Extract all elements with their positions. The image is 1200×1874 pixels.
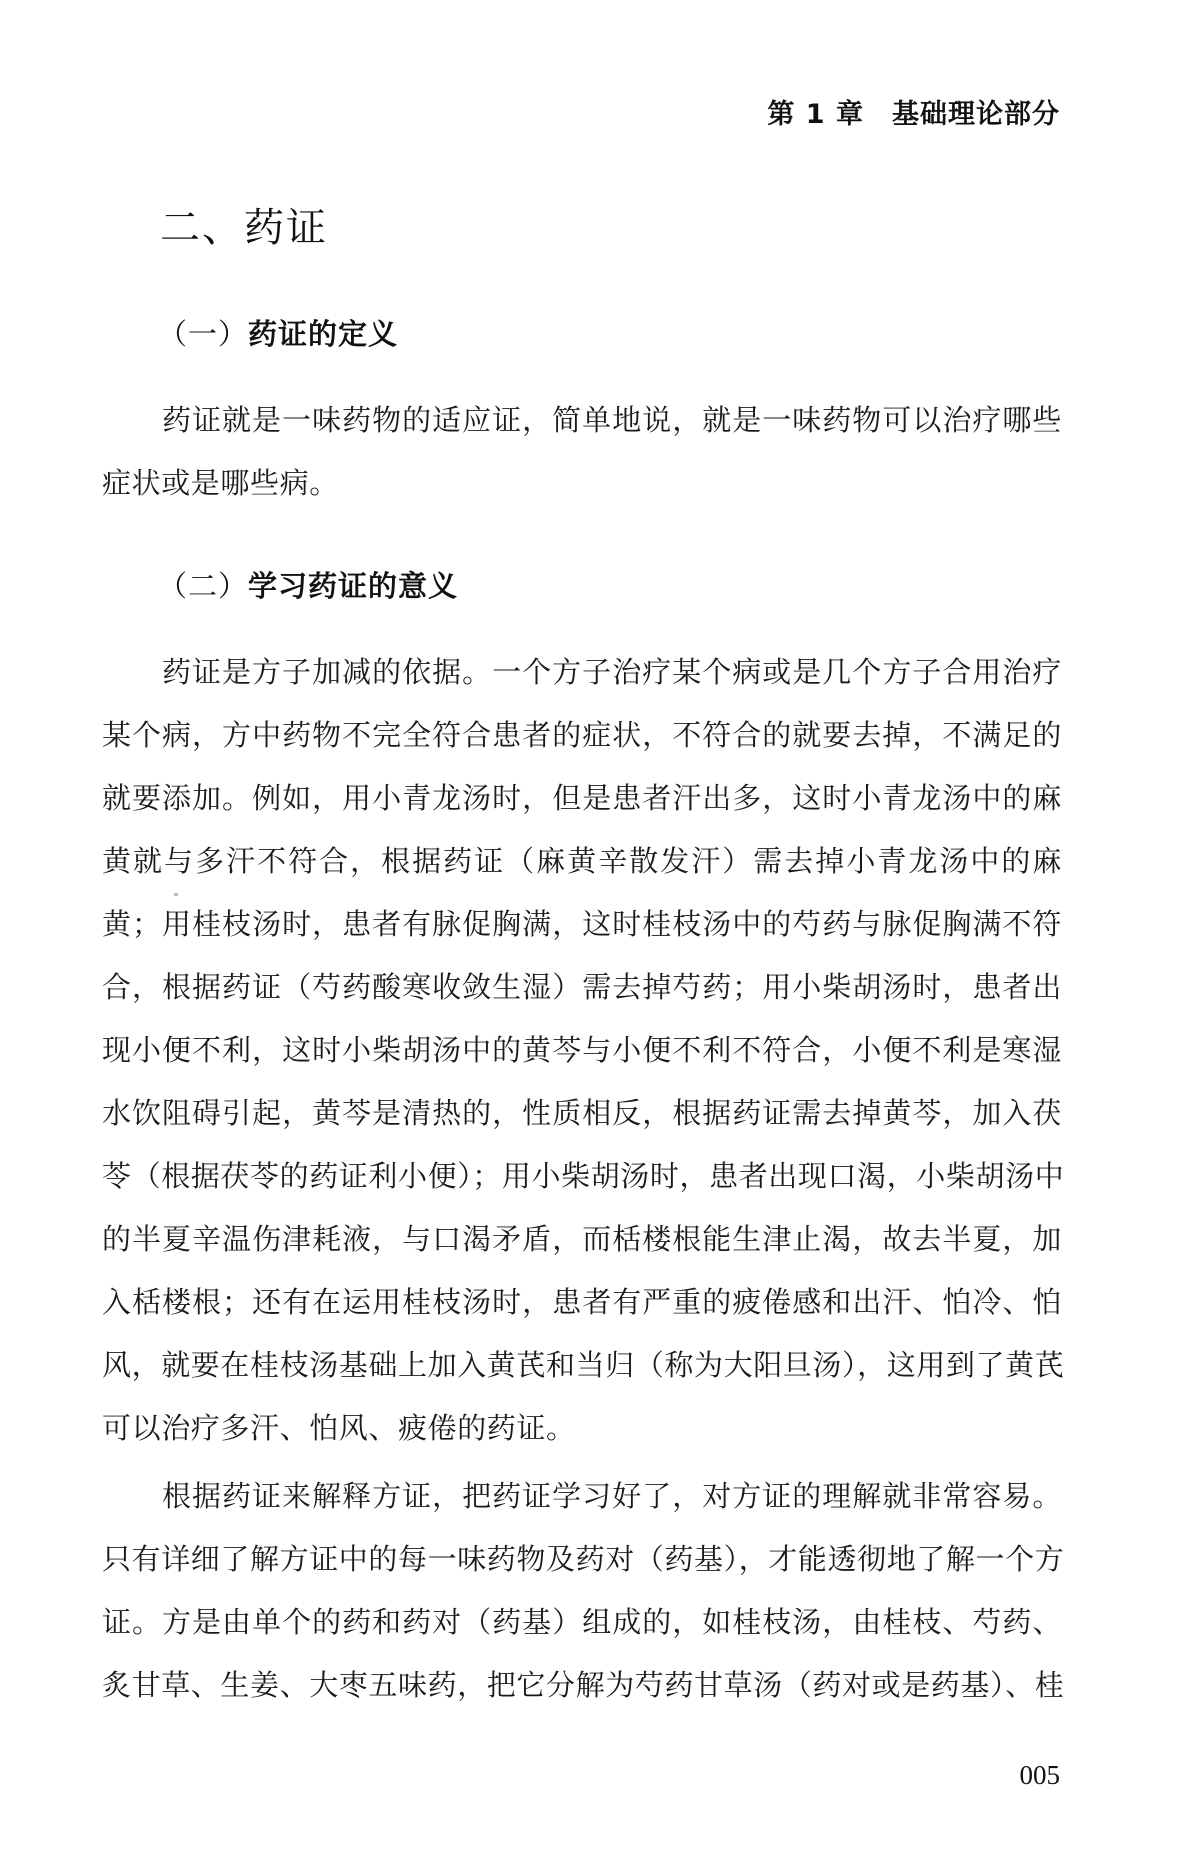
paragraph-line: 水饮阻碍引起，黄芩是清热的，性质相反，根据药证需去掉黄芩，加入茯	[102, 1093, 1062, 1133]
paragraph-line: 现小便不利，这时小柴胡汤中的黄芩与小便不利不符合，小便不利是寒湿	[102, 1030, 1062, 1070]
paragraph-line: 就要添加。例如，用小青龙汤时，但是患者汗出多，这时小青龙汤中的麻	[102, 778, 1062, 818]
running-header: 第 1 章 基础理论部分	[767, 92, 1060, 131]
paragraph-line: 只有详细了解方证中的每一味药物及药对（药基），才能透彻地了解一个方	[102, 1539, 1062, 1579]
subsection-title: 学习药证的意义	[248, 569, 458, 603]
paragraph-line: 炙甘草、生姜、大枣五味药，把它分解为芍药甘草汤（药对或是药基）、桂	[102, 1665, 1062, 1705]
paragraph-line: 症状或是哪些病。	[102, 463, 1062, 503]
paragraph-line: 根据药证来解释方证，把药证学习好了，对方证的理解就非常容易。	[162, 1476, 1062, 1516]
paragraph-line: 证。方是由单个的药和药对（药基）组成的，如桂枝汤，由桂枝、芍药、	[102, 1602, 1062, 1642]
subsection-number: （二）	[158, 569, 248, 603]
paragraph-line: 药证是方子加减的依据。一个方子治疗某个病或是几个方子合用治疗	[162, 652, 1062, 692]
paragraph-line: 入栝楼根；还有在运用桂枝汤时，患者有严重的疲倦感和出汗、怕冷、怕	[102, 1282, 1062, 1322]
paragraph-line: 药证就是一味药物的适应证，简单地说，就是一味药物可以治疗哪些	[162, 400, 1062, 440]
paragraph-line: 合，根据药证（芍药酸寒收敛生湿）需去掉芍药；用小柴胡汤时，患者出	[102, 967, 1062, 1007]
paragraph-line: 黄就与多汗不符合，根据药证（麻黄辛散发汗）需去掉小青龙汤中的麻	[102, 841, 1062, 881]
scan-speck	[174, 893, 178, 896]
subsection-number: （一）	[158, 317, 248, 351]
paragraph-line: 的半夏辛温伤津耗液，与口渴矛盾，而栝楼根能生津止渴，故去半夏，加	[102, 1219, 1062, 1259]
paragraph-line: 黄；用桂枝汤时，患者有脉促胸满，这时桂枝汤中的芍药与脉促胸满不符	[102, 904, 1062, 944]
subsection-title: 药证的定义	[248, 317, 398, 351]
subsection-heading-definition: （一）药证的定义	[158, 312, 398, 353]
section-title: 二、药证	[160, 196, 328, 253]
paragraph-line: 某个病，方中药物不完全符合患者的症状，不符合的就要去掉，不满足的	[102, 715, 1062, 755]
page-number: 005	[1020, 1760, 1061, 1791]
paragraph-line: 苓（根据茯苓的药证利小便）；用小柴胡汤时，患者出现口渴，小柴胡汤中	[102, 1156, 1062, 1196]
book-page: 第 1 章 基础理论部分 二、药证 （一）药证的定义 药证就是一味药物的适应证，…	[0, 0, 1200, 1874]
subsection-heading-significance: （二）学习药证的意义	[158, 564, 458, 605]
paragraph-line: 风，就要在桂枝汤基础上加入黄芪和当归（称为大阳旦汤），这用到了黄芪	[102, 1345, 1062, 1385]
paragraph-line: 可以治疗多汗、怕风、疲倦的药证。	[102, 1408, 1062, 1448]
